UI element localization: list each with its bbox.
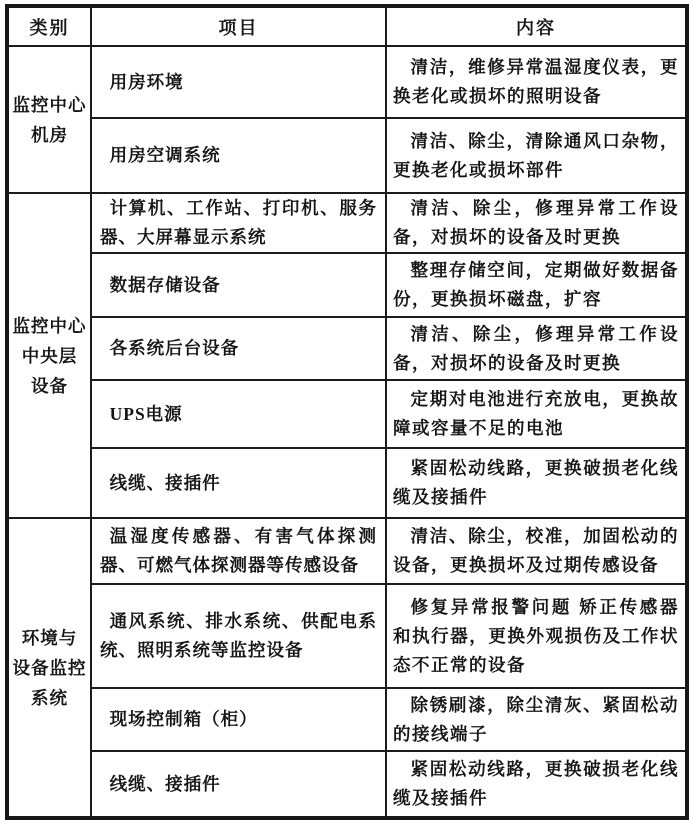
item-cell: 现场控制箱（柜）	[91, 688, 386, 751]
header-row: 类别 项目 内容	[7, 6, 687, 46]
item-cell: 计算机、工作站、打印机、服务器、大屏幕显示系统	[91, 193, 386, 253]
item-cell: 通风系统、排水系统、供配电系统、照明系统等监控设备	[91, 584, 386, 688]
item-cell: 线缆、接插件	[91, 448, 386, 518]
content-cell: 清洁、除尘，清除通风口杂物，更换老化或损坏部件	[386, 118, 687, 193]
content-cell: 定期对电池进行充放电，更换故障或容量不足的电池	[386, 380, 687, 448]
content-cell: 清洁、除尘，修理异常工作设备，对损坏的设备及时更换	[386, 317, 687, 380]
col-header-category: 类别	[7, 6, 91, 46]
col-header-content: 内容	[386, 6, 687, 46]
table-row: 线缆、接插件 紧固松动线路，更换破损老化线缆及接插件	[7, 448, 687, 518]
table-row: UPS电源 定期对电池进行充放电，更换故障或容量不足的电池	[7, 380, 687, 448]
content-cell: 除锈刷漆，除尘清灰、紧固松动的接线端子	[386, 688, 687, 751]
item-cell: 线缆、接插件	[91, 751, 386, 818]
category-cell-central-equipment: 监控中心 中央层 设备	[7, 193, 91, 518]
table-row: 监控中心 中央层 设备 计算机、工作站、打印机、服务器、大屏幕显示系统 清洁、除…	[7, 193, 687, 253]
table-row: 线缆、接插件 紧固松动线路，更换破损老化线缆及接插件	[7, 751, 687, 818]
content-cell: 修复异常报警问题 矫正传感器和执行器，更换外观损伤及工作状态不正常的设备	[386, 584, 687, 688]
item-cell: 用房空调系统	[91, 118, 386, 193]
table-row: 用房空调系统 清洁、除尘，清除通风口杂物，更换老化或损坏部件	[7, 118, 687, 193]
table-row: 通风系统、排水系统、供配电系统、照明系统等监控设备 修复异常报警问题 矫正传感器…	[7, 584, 687, 688]
content-cell: 紧固松动线路，更换破损老化线缆及接插件	[386, 448, 687, 518]
table-row: 环境与 设备监控 系统 温湿度传感器、有害气体探测器、可燃气体探测器等传感设备 …	[7, 518, 687, 584]
category-cell-env-monitoring: 环境与 设备监控 系统	[7, 518, 91, 818]
content-cell: 清洁，维修异常温湿度仪表，更换老化或损坏的照明设备	[386, 46, 687, 118]
content-cell: 整理存储空间，定期做好数据备份，更换损坏磁盘，扩容	[386, 253, 687, 317]
item-cell: 数据存储设备	[91, 253, 386, 317]
item-cell: 用房环境	[91, 46, 386, 118]
maintenance-table: 类别 项目 内容 监控中心 机房 用房环境 清洁，维修异常温湿度仪表，更换老化或…	[5, 4, 689, 820]
category-cell-monitor-room: 监控中心 机房	[7, 46, 91, 193]
col-header-item: 项目	[91, 6, 386, 46]
table-row: 各系统后台设备 清洁、除尘，修理异常工作设备，对损坏的设备及时更换	[7, 317, 687, 380]
table-row: 数据存储设备 整理存储空间，定期做好数据备份，更换损坏磁盘，扩容	[7, 253, 687, 317]
table-row: 监控中心 机房 用房环境 清洁，维修异常温湿度仪表，更换老化或损坏的照明设备	[7, 46, 687, 118]
content-cell: 紧固松动线路，更换破损老化线缆及接插件	[386, 751, 687, 818]
content-cell: 清洁、除尘，校准，加固松动的设备，更换损坏及过期传感设备	[386, 518, 687, 584]
document-page: 类别 项目 内容 监控中心 机房 用房环境 清洁，维修异常温湿度仪表，更换老化或…	[0, 0, 689, 824]
content-cell: 清洁、除尘，修理异常工作设备，对损坏的设备及时更换	[386, 193, 687, 253]
item-cell: 各系统后台设备	[91, 317, 386, 380]
item-cell: 温湿度传感器、有害气体探测器、可燃气体探测器等传感设备	[91, 518, 386, 584]
table-row: 现场控制箱（柜） 除锈刷漆，除尘清灰、紧固松动的接线端子	[7, 688, 687, 751]
item-cell: UPS电源	[91, 380, 386, 448]
